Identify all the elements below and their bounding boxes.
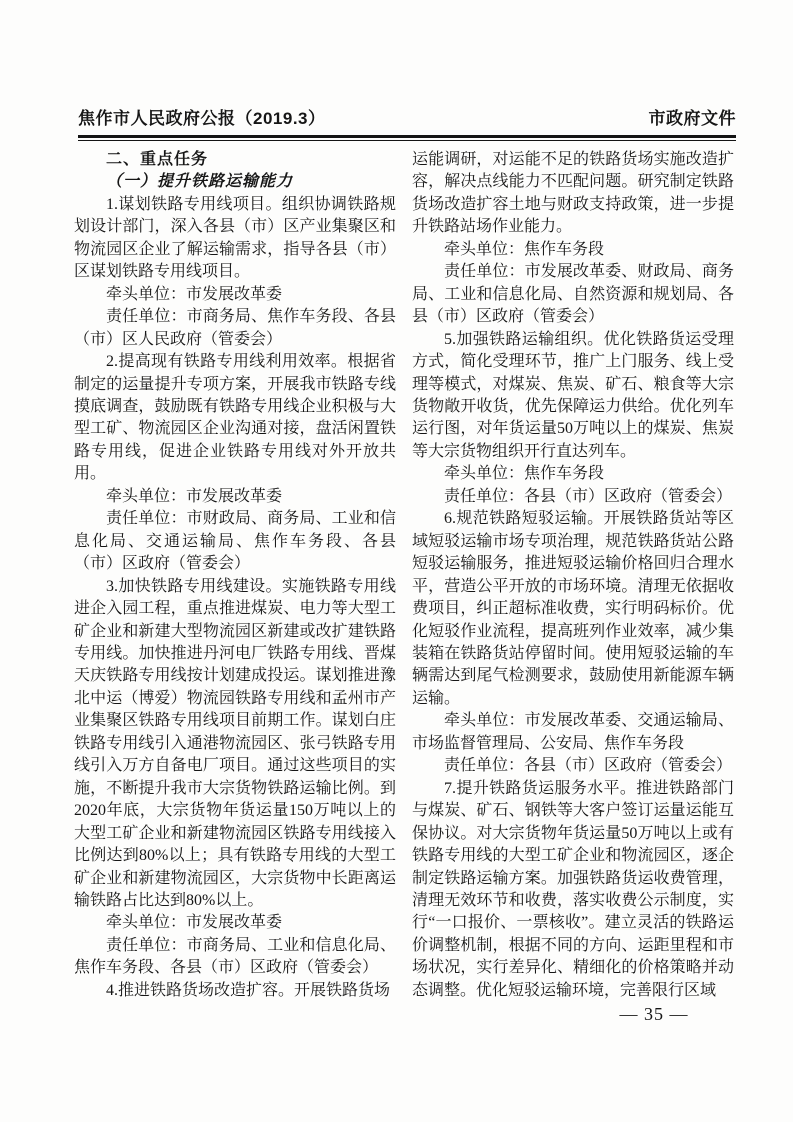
left-column: 二、重点任务（一）提升铁路运输能力1.谋划铁路专用线项目。组织协调铁路规划设计部…: [74, 149, 396, 1002]
section-heading: 二、重点任务: [74, 149, 396, 171]
task-paragraph: 3.加快铁路专用线建设。实施铁路专用线进企入园工程，重点推进煤炭、电力等大型工矿…: [74, 576, 396, 913]
task-paragraph: 4.推进铁路货场改造扩容。开展铁路货场: [74, 980, 396, 1002]
header-row: 焦作市人民政府公报（2019.3） 市政府文件: [78, 104, 736, 129]
unit-line: 责任单位：市商务局、工业和信息化局、焦作车务段、各县（市）区政府（管委会）: [74, 935, 396, 980]
header-divider: [78, 135, 736, 141]
unit-line: 牵头单位：焦作车务段: [412, 463, 734, 485]
unit-line: 牵头单位：焦作车务段: [412, 239, 734, 261]
unit-line: 责任单位：市发展改革委、财政局、商务局、工业和信息化局、自然资源和规划局、各县（…: [412, 261, 734, 328]
unit-line: 责任单位：市财政局、商务局、工业和信息化局、交通运输局、焦作车务段、各县（市）区…: [74, 508, 396, 575]
page-footer: — 35 —: [604, 1004, 704, 1025]
unit-line: 牵头单位：市发展改革委: [74, 284, 396, 306]
unit-line: 牵头单位：市发展改革委: [74, 912, 396, 934]
page-number: — 35 —: [620, 1004, 689, 1024]
unit-line: 牵头单位：市发展改革委、交通运输局、市场监督管理局、公安局、焦作车务段: [412, 710, 734, 755]
task-paragraph: 7.提升铁路货运服务水平。推进铁路部门与煤炭、矿石、钢铁等大客户签订运量运能互保…: [412, 778, 734, 1003]
task-paragraph: 6.规范铁路短驳运输。开展铁路货站等区域短驳运输市场专项治理，规范铁路货站公路短…: [412, 508, 734, 710]
document-body: 二、重点任务（一）提升铁路运输能力1.谋划铁路专用线项目。组织协调铁路规划设计部…: [74, 149, 734, 1002]
unit-line: 责任单位：各县（市）区政府（管委会）: [412, 755, 734, 777]
gazette-page: 焦作市人民政府公报（2019.3） 市政府文件 二、重点任务（一）提升铁路运输能…: [0, 0, 793, 1122]
task-paragraph: 1.谋划铁路专用线项目。组织协调铁路规划设计部门，深入各县（市）区产业集聚区和物…: [74, 194, 396, 284]
page-header: 焦作市人民政府公报（2019.3） 市政府文件: [78, 104, 736, 141]
unit-line: 牵头单位：市发展改革委: [74, 486, 396, 508]
unit-line: 责任单位：各县（市）区政府（管委会）: [412, 486, 734, 508]
subsection-heading: （一）提升铁路运输能力: [74, 171, 396, 193]
gazette-title: 焦作市人民政府公报（2019.3）: [78, 104, 326, 129]
unit-line: 责任单位：市商务局、焦作车务段、各县（市）区人民政府（管委会）: [74, 306, 396, 351]
document-category: 市政府文件: [649, 104, 737, 129]
task-paragraph-continuation: 运能调研，对运能不足的铁路货场实施改造扩容，解决点线能力不匹配问题。研究制定铁路…: [412, 149, 734, 239]
task-paragraph: 5.加强铁路运输组织。优化铁路货运受理方式，简化受理环节，推广上门服务、线上受理…: [412, 329, 734, 464]
right-column: 运能调研，对运能不足的铁路货场实施改造扩容，解决点线能力不匹配问题。研究制定铁路…: [412, 149, 734, 1002]
task-paragraph: 2.提高现有铁路专用线利用效率。根据省制定的运量提升专项方案，开展我市铁路专线摸…: [74, 351, 396, 486]
